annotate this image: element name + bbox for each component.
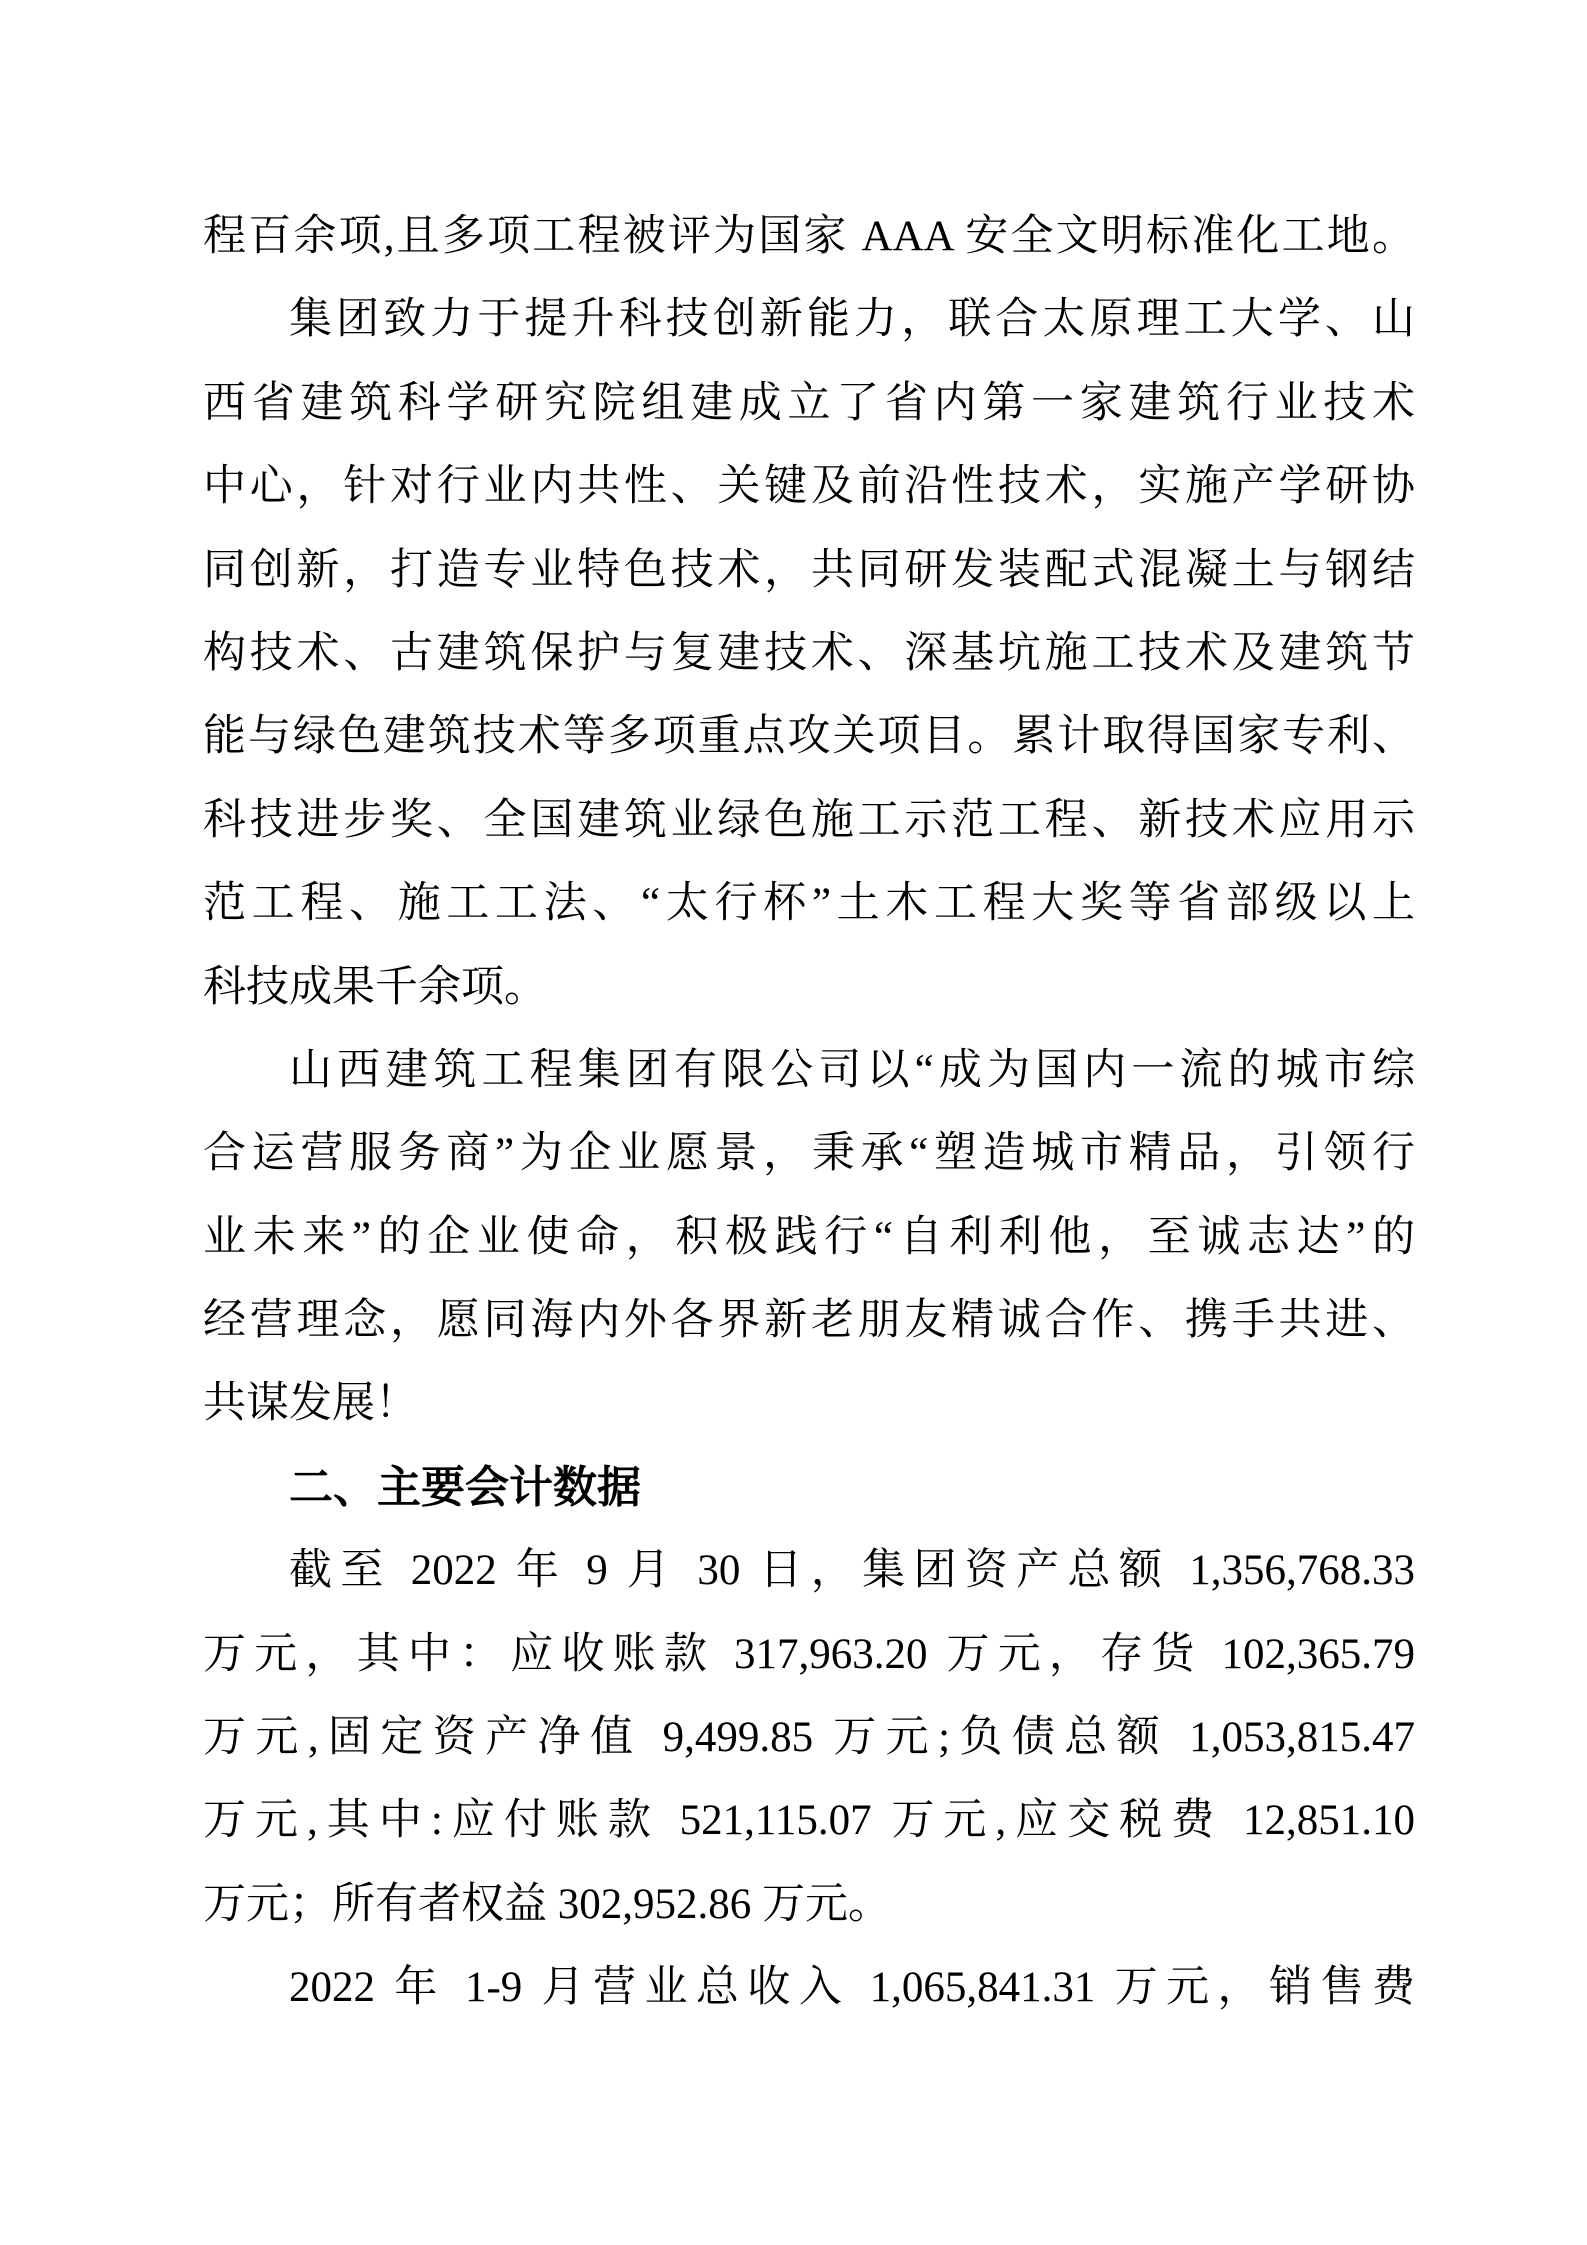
text-line: 截至 2022 年 9 月 30 日，集团资产总额 1,356,768.33 bbox=[203, 1529, 1415, 1612]
text-line: 业未来”的企业使命，积极践行“自利利他，至诚志达”的 bbox=[203, 1196, 1415, 1279]
text-line: 科技进步奖、全国建筑业绿色施工示范工程、新技术应用示 bbox=[203, 779, 1415, 862]
text-line: 万元，其中：应收账款 317,963.20 万元，存货 102,365.79 bbox=[203, 1613, 1415, 1696]
paragraph-technology-innovation: 集团致力于提升科技创新能力，联合太原理工大学、山 西省建筑科学研究院组建成立了省… bbox=[203, 278, 1415, 1029]
text-line: 同创新，打造专业特色技术，共同研发装配式混凝土与钢结 bbox=[203, 529, 1415, 612]
paragraph-income-figures: 2022 年 1-9 月营业总收入 1,065,841.31 万元，销售费 bbox=[203, 1946, 1415, 2029]
text-line: 万元,其中:应付账款 521,115.07 万元,应交税费 12,851.10 bbox=[203, 1779, 1415, 1862]
paragraph-balance-sheet-figures: 截至 2022 年 9 月 30 日，集团资产总额 1,356,768.33 万… bbox=[203, 1529, 1415, 1946]
paragraph-company-vision: 山西建筑工程集团有限公司以“成为国内一流的城市综 合运营服务商”为企业愿景，秉承… bbox=[203, 1029, 1415, 1446]
text-line: 程百余项,且多项工程被评为国家 AAA 安全文明标准化工地。 bbox=[203, 195, 1415, 278]
text-line: 科技成果千余项。 bbox=[203, 946, 1415, 1029]
text-line: 西省建筑科学研究院组建成立了省内第一家建筑行业技术 bbox=[203, 362, 1415, 445]
text-line: 共谋发展！ bbox=[203, 1362, 1415, 1445]
section-heading-accounting-data: 二、主要会计数据 bbox=[203, 1446, 1415, 1529]
document-text-block: 程百余项,且多项工程被评为国家 AAA 安全文明标准化工地。 集团致力于提升科技… bbox=[203, 195, 1415, 2030]
text-line: 合运营服务商”为企业愿景，秉承“塑造城市精品，引领行 bbox=[203, 1112, 1415, 1195]
text-line: 中心，针对行业内共性、关键及前沿性技术，实施产学研协 bbox=[203, 445, 1415, 528]
paragraph-continuation: 程百余项,且多项工程被评为国家 AAA 安全文明标准化工地。 bbox=[203, 195, 1415, 278]
text-line: 能与绿色建筑技术等多项重点攻关项目。累计取得国家专利、 bbox=[203, 695, 1415, 778]
text-line: 集团致力于提升科技创新能力，联合太原理工大学、山 bbox=[203, 278, 1415, 361]
text-line: 范工程、施工工法、“太行杯”土木工程大奖等省部级以上 bbox=[203, 862, 1415, 945]
text-line: 万元,固定资产净值 9,499.85 万元;负债总额 1,053,815.47 bbox=[203, 1696, 1415, 1779]
text-line: 山西建筑工程集团有限公司以“成为国内一流的城市综 bbox=[203, 1029, 1415, 1112]
text-line: 2022 年 1-9 月营业总收入 1,065,841.31 万元，销售费 bbox=[203, 1946, 1415, 2029]
text-line: 万元；所有者权益 302,952.86 万元。 bbox=[203, 1863, 1415, 1946]
text-line: 经营理念，愿同海内外各界新老朋友精诚合作、携手共进、 bbox=[203, 1279, 1415, 1362]
document-page: 程百余项,且多项工程被评为国家 AAA 安全文明标准化工地。 集团致力于提升科技… bbox=[0, 0, 1587, 2245]
text-line: 构技术、古建筑保护与复建技术、深基坑施工技术及建筑节 bbox=[203, 612, 1415, 695]
